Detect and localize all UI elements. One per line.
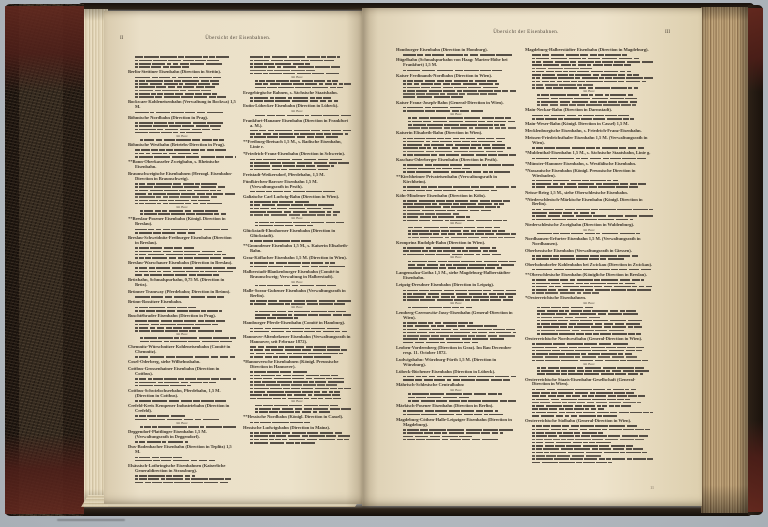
im-bau-label: Im Bau: <box>243 281 351 284</box>
railway-entry: Niederschlesische Zweigbahn (Direction i… <box>525 223 653 235</box>
text-line <box>128 253 236 255</box>
railway-entry: Mecklenburgische Eisenbahn, s. Friedrich… <box>525 129 653 134</box>
text-line <box>243 211 351 213</box>
entry-title: Breslau-Schweidnitz-Freiburger Eisenbahn… <box>128 236 236 246</box>
text-line <box>396 83 516 85</box>
left-page: II Übersicht der Eisenbahnen. Berlin-Ste… <box>104 11 362 504</box>
book-cover-right <box>748 5 763 515</box>
railway-entry: Neisse-Brieg 1,5 M., siehe Oberschlesisc… <box>525 191 653 196</box>
text-line <box>396 379 516 381</box>
text-line <box>525 405 653 407</box>
railway-entry: *Hannoversche Eisenbahnen (Königl. Preus… <box>243 360 351 413</box>
railway-entry: Lemberg-Czernowitz-Jassy-Eisenbahn (Gene… <box>396 311 516 344</box>
entry-title: Hannover-Altenbekener Eisenbahn (Verwalt… <box>243 335 351 345</box>
entry-title: **Freiburg-Breisach 1,5 M., s. Badische … <box>243 140 351 150</box>
text-line <box>128 475 236 477</box>
railway-entry: Glückstadt-Elmshorner Eisenbahn (Directi… <box>243 229 351 242</box>
railway-entry: Oesterreichische Staats-Eisenbahn-Gesell… <box>525 378 653 417</box>
entry-title: Nordhausen-Erfurter Eisenbahn 1,5 M. (Ve… <box>525 237 653 247</box>
text-line <box>525 292 653 294</box>
railway-entry: **Freiburg-Breisach 1,5 M., s. Badische … <box>243 140 351 150</box>
right-running-title: Übersicht der Eisenbahnen. <box>396 30 656 36</box>
text-line <box>396 93 516 95</box>
text-line <box>396 233 516 235</box>
entry-title: Dux-Bodenbacher Eisenbahn (Direction in … <box>128 445 236 455</box>
entry-title: Elsässisch-Lothringische Eisenbahnen (Ka… <box>128 464 236 474</box>
im-bau-label: Im Bau: <box>396 389 516 392</box>
text-line <box>243 381 351 383</box>
text-line <box>525 74 653 76</box>
text-line <box>128 122 236 124</box>
im-bau-label: Im Bau: <box>525 90 653 93</box>
text-line <box>128 139 236 141</box>
text-line <box>243 356 351 358</box>
text-line <box>128 415 236 417</box>
text-line <box>525 388 653 390</box>
entry-title: *Nassauische Eisenbahn (Königl. Preussis… <box>525 169 653 179</box>
text-line <box>525 367 653 369</box>
text-line <box>243 224 351 226</box>
text-line <box>128 481 236 483</box>
text-line <box>525 289 653 291</box>
text-line <box>128 426 236 428</box>
text-line <box>243 330 351 332</box>
text-line <box>525 370 653 372</box>
text-line <box>243 207 351 209</box>
text-line <box>128 193 236 195</box>
text-line <box>243 165 351 167</box>
text-line <box>396 106 516 108</box>
text-line <box>396 429 516 431</box>
text-line <box>243 317 351 319</box>
entry-title: Cottbus-Schwielochseebahn, Pferdebahn, 1… <box>128 389 236 399</box>
text-line <box>525 215 653 217</box>
railway-entry: Deggendorf-Plattlinger Eisenbahn 1,5 M. … <box>128 430 236 443</box>
text-line <box>396 289 516 291</box>
printer-signature: 11 <box>650 485 654 490</box>
entry-title: Homburger Eisenbahn (Direction in Hombur… <box>396 48 516 53</box>
right-page-number: III <box>665 30 670 36</box>
text-line <box>396 293 516 295</box>
text-line <box>525 101 653 103</box>
railway-entry: Breslau-Schweidnitz-Freiburger Eisenbahn… <box>128 236 236 259</box>
railway-entry: Lübeck-Büchener Eisenbahn (Direction in … <box>396 370 516 382</box>
text-line <box>128 63 236 65</box>
text-line <box>525 282 653 284</box>
text-line <box>525 208 653 210</box>
text-line <box>525 310 653 312</box>
text-line <box>243 349 351 351</box>
text-line <box>243 66 351 68</box>
text-line <box>525 395 653 397</box>
text-line <box>128 327 236 329</box>
railway-entry: Kaiserin Elisabeth-Bahn (Direction in Wi… <box>396 131 516 156</box>
entry-title: Kaiser Ferdinands-Nordbahn (Direction in… <box>396 74 516 79</box>
entry-title: Leipzig-Dresdner Eisenbahn (Direction in… <box>396 283 516 288</box>
text-line <box>243 97 351 99</box>
railway-entry: Oesterreichische Nordwestbahn (General-D… <box>525 337 653 375</box>
text-line <box>128 96 236 98</box>
text-line <box>128 196 236 198</box>
railway-entry: Hessische Ludwigsbahn (Direction in Main… <box>243 426 351 444</box>
text-line <box>243 204 351 206</box>
text-line <box>128 296 236 298</box>
text-line <box>396 117 516 119</box>
entry-title: Frankfurt-Hanauer Eisenbahn (Direction i… <box>243 119 351 129</box>
text-line <box>525 313 653 315</box>
text-line <box>396 328 516 330</box>
text-column: Im Bau:Erzgebirgische Bahnen, s. Sächsis… <box>243 56 351 484</box>
text-line <box>525 255 653 257</box>
text-line <box>243 158 351 160</box>
entry-title: Kaiserin Elisabeth-Bahn (Direction in Wi… <box>396 131 516 136</box>
text-line <box>525 323 653 325</box>
text-line <box>128 478 236 480</box>
text-line <box>128 152 236 154</box>
text-line <box>243 168 351 170</box>
railway-entry: Märkisch-Posener Eisenbahn (Direction in… <box>396 404 516 416</box>
entry-title: Bockwaer Kohleneisenbahn (Verwaltung in … <box>128 100 236 110</box>
text-line <box>243 394 351 396</box>
text-line <box>525 346 653 348</box>
text-line <box>128 56 236 58</box>
text-line <box>396 435 516 437</box>
text-line <box>128 320 236 322</box>
railway-entry: *Niederschlesisch-Märkische Eisenbahn (K… <box>525 198 653 221</box>
im-bau-label: Im Bau: <box>525 363 653 366</box>
text-line <box>396 400 516 402</box>
railway-entry: Magdeburg-Halberstädter Eisenbahn (Direc… <box>525 48 653 106</box>
text-line <box>396 206 516 208</box>
railway-entry: Kaschau-Oderberger Eisenbahn (Direction … <box>396 158 516 173</box>
entry-title: Buschtěhrader Eisenbahn (Direction in Pr… <box>128 314 236 319</box>
railway-entry: Main-Weser-Bahn (Königl. Direction in Ca… <box>525 122 653 127</box>
text-line <box>396 213 516 215</box>
text-line <box>243 371 351 373</box>
text-line <box>128 306 236 308</box>
railway-entry: Frankfurt-Hanauer Eisenbahn (Direction i… <box>243 119 351 139</box>
text-line <box>396 154 516 156</box>
text-line <box>243 56 351 58</box>
text-line <box>525 425 653 427</box>
im-bau-label: Im Bau: <box>243 110 351 113</box>
text-line <box>396 247 516 249</box>
entry-title: Oesterreichische Südbahn (General-Direct… <box>525 419 653 424</box>
entry-title: Neisse-Brieg 1,5 M., siehe Oberschlesisc… <box>525 191 653 196</box>
text-line <box>128 456 236 458</box>
leather-corner-top-right <box>748 8 763 92</box>
text-line <box>396 96 516 98</box>
text-line <box>396 375 516 377</box>
text-line <box>128 89 236 91</box>
text-line <box>396 250 516 252</box>
text-line <box>243 411 351 413</box>
text-line <box>128 310 236 312</box>
text-column: Homburger Eisenbahn (Direction in Hombur… <box>396 46 516 488</box>
text-line <box>128 213 236 215</box>
book-cover-left <box>5 4 84 516</box>
text-line <box>525 54 653 56</box>
text-line <box>525 114 653 116</box>
text-line <box>243 300 351 302</box>
text-line <box>396 267 516 269</box>
railway-entry: Oberhessische Eisenbahn (Verwaltungsrath… <box>525 249 653 261</box>
text-line <box>525 319 653 321</box>
text-line <box>243 59 351 61</box>
text-line <box>525 455 653 457</box>
railway-entry: *Nassauische Eisenbahn (Königl. Preussis… <box>525 169 653 189</box>
railway-entry: Buschtěhrader Eisenbahn (Direction in Pr… <box>128 314 236 343</box>
text-line <box>525 411 653 413</box>
railway-entry: Chemnitz-Würschnitzer Kohleneisenbahn (C… <box>128 345 236 358</box>
entry-title: *Friedrich-Franz-Eisenbahn (Direction in… <box>243 152 351 157</box>
text-line <box>525 118 653 120</box>
text-line <box>128 228 236 230</box>
text-line <box>525 441 653 443</box>
book-gutter-shadow <box>346 8 378 508</box>
text-line <box>396 186 516 188</box>
text-line <box>243 404 351 406</box>
text-line <box>396 200 516 202</box>
entry-title: Ludwigsbahn: Würzburg-Fürth 1,5 M. (Dire… <box>396 358 516 368</box>
entry-title: Braunschweigische Eisenbahnen (Herzogl. … <box>128 172 236 182</box>
right-page-columns: Homburger Eisenbahn (Direction in Hombur… <box>396 46 658 488</box>
text-line <box>243 86 351 88</box>
text-line <box>396 86 516 88</box>
text-line <box>525 353 653 355</box>
text-line <box>525 428 653 430</box>
im-bau-label: Im Bau: <box>128 135 236 138</box>
railway-entry: Ludwigsbahn: Würzburg-Fürth 1,5 M. (Dire… <box>396 358 516 368</box>
railway-entry: Halle-Sorau-Gubener Eisenbahn (Verwaltun… <box>243 289 351 319</box>
entry-title: Magdeburg-Halberstädter Eisenbahn (Direc… <box>525 48 653 53</box>
railway-entry: *Oesterreichische Eisenbahnen.Im Bau: <box>525 296 653 334</box>
entry-title: **Breslau-Posener Eisenbahn (Königl. Dir… <box>128 217 236 227</box>
text-line <box>525 80 653 82</box>
railway-entry: Mährisch-Schlesische Centralbahn:Im Bau: <box>396 383 516 402</box>
text-line <box>243 69 351 71</box>
text-line <box>525 461 653 463</box>
text-line <box>396 413 516 415</box>
text-line <box>396 396 516 398</box>
entry-title: Böhmische Nordbahn (Direction in Prag). <box>128 116 236 121</box>
text-line <box>243 408 351 410</box>
entry-title: Hügelbahn (Schmalspurbahn von Haag: Mari… <box>396 58 516 68</box>
im-bau-label: Im Bau: <box>128 206 236 209</box>
entry-title: Erzgebirgische Bahnen, s. Sächsische Sta… <box>243 91 351 96</box>
entry-title: *Hannoversche Eisenbahnen (Königl. Preus… <box>243 360 351 370</box>
railway-entry: Brünner Tramway (Pferdebahn; Direction i… <box>128 290 236 298</box>
text-line <box>128 340 236 342</box>
text-line <box>525 67 653 69</box>
railway-entry: Brünn-Rossitzer Eisenbahn. <box>128 300 236 312</box>
text-line <box>396 137 516 139</box>
text-line <box>128 156 236 158</box>
entry-title: Fünfkirchen-Barcser Eisenbahn 1,5 M. (Ve… <box>243 180 351 190</box>
railway-entry: Hamburger Pferde-Eisenbahn (Comité in Ha… <box>243 321 351 333</box>
entry-title: Lemberg-Czernowitz-Jassy-Eisenbahn (Gene… <box>396 311 516 321</box>
text-line <box>128 232 236 234</box>
text-line <box>396 147 516 149</box>
left-running-title: Übersicht der Eisenbahnen. <box>128 36 348 42</box>
railway-entry: Kronprinz Rudolph-Bahn (Direction in Wie… <box>396 241 516 270</box>
railway-entry: Leipzig-Dresdner Eisenbahn (Direction in… <box>396 283 516 308</box>
im-bau-label: Im Bau: <box>396 302 516 305</box>
entry-title: Cosel-Oderberg, siehe Wilhelmsbahn. <box>128 360 236 365</box>
entry-title: Magdeburg-Cöthen-Halle-Leipziger Eisenba… <box>396 418 516 428</box>
railway-entry: Graz-Köflacher Eisenbahn 1,5 M. (Directi… <box>243 256 351 268</box>
text-line <box>128 93 236 95</box>
text-line <box>525 356 653 358</box>
text-line <box>243 136 351 138</box>
text-line <box>525 183 653 185</box>
photo-caption-smudge <box>57 519 125 521</box>
railway-entry: Halberstadt-Blankenburger Eisenbahn (Com… <box>243 270 351 287</box>
im-bau-label: Im Bau: <box>396 256 516 259</box>
entry-title: Märkisch-Posener Eisenbahn (Direction in… <box>396 404 516 409</box>
text-line <box>243 80 351 82</box>
text-line <box>243 240 351 242</box>
railway-entry: **Bonn-Oberkasseler Zweigbahn, s. Rheini… <box>128 160 236 170</box>
railway-entry: Bockwaer Kohleneisenbahn (Verwaltung in … <box>128 100 236 113</box>
entry-title: Main-Neckar-Bahn (Direction in Darmstadt… <box>525 108 653 113</box>
entry-title: Oberhohndorfer Kohlenbahn bei Zwickau (D… <box>525 263 653 268</box>
railway-entry: Oesterreichische Südbahn (General-Direct… <box>525 419 653 463</box>
entry-title: **Gmundener Eisenbahn 1,5 M., s. Kaiseri… <box>243 244 351 254</box>
text-line <box>243 100 351 102</box>
entry-title: Böhmische Westbahn (Betriebs-Direction i… <box>128 143 236 148</box>
text-line <box>128 270 236 272</box>
railway-entry: Meissen-Friedrichsthaler Eisenbahn 1,5 M… <box>525 136 653 149</box>
railway-entry: **Hessische Nordbahn (Königl. Direction … <box>243 415 351 423</box>
text-line <box>243 83 351 85</box>
im-bau-label: Im Bau: <box>243 217 351 220</box>
railway-entry: Magdeburg-Cöthen-Halle-Leipziger Eisenba… <box>396 418 516 441</box>
text-line <box>525 84 653 86</box>
text-line <box>525 70 653 72</box>
text-line <box>243 114 351 116</box>
entry-title: Berlin-Stettiner Eisenbahn (Direction in… <box>128 70 236 75</box>
text-line <box>243 374 351 376</box>
text-line <box>525 451 653 453</box>
text-line <box>243 201 351 203</box>
text-line <box>243 352 351 354</box>
railway-entry: Kaiser Franz-Joseph-Bahn (General-Direct… <box>396 101 516 130</box>
text-line <box>243 327 351 329</box>
text-line <box>128 441 236 443</box>
railway-entry: Berlin-Stettiner Eisenbahn (Direction in… <box>128 70 236 98</box>
text-line <box>128 149 236 151</box>
text-line <box>525 218 653 220</box>
railway-entry: Homburger Eisenbahn (Direction in Hombur… <box>396 48 516 56</box>
text-line <box>396 410 516 412</box>
entry-title: Langensalza-Gotha 1,5 M., siehe Magdebur… <box>396 271 516 281</box>
text-line <box>128 76 236 78</box>
text-line <box>525 180 653 182</box>
text-line <box>243 284 351 286</box>
text-line <box>525 326 653 328</box>
entry-title: Meissen-Friedrichsthaler Eisenbahn 1,5 M… <box>525 136 653 146</box>
text-line <box>243 162 351 164</box>
left-page-columns: Berlin-Stettiner Eisenbahn (Direction in… <box>128 56 352 484</box>
entry-title: Kaschau-Oderberger Eisenbahn (Direction … <box>396 158 516 163</box>
entry-title: Crefeld-Kreis Kempener Industriebahn (Di… <box>128 404 236 414</box>
text-line <box>525 445 653 447</box>
railway-entry: Cosel-Oderberg, siehe Wilhelmsbahn. <box>128 360 236 365</box>
railway-entry: Hügelbahn (Schmalspurbahn von Haag: Mari… <box>396 58 516 71</box>
text-line <box>525 333 653 335</box>
text-line <box>525 61 653 63</box>
text-line <box>525 306 653 308</box>
text-line <box>396 335 516 337</box>
text-line <box>396 140 516 142</box>
text-line <box>243 438 351 440</box>
text-line <box>396 438 516 440</box>
railway-entry: *Muldenthal-Eisenbahn 1,5 M., s. Sächsis… <box>525 151 653 159</box>
entry-title: Oesterreichische Staats-Eisenbahn-Gesell… <box>525 378 653 388</box>
text-line <box>396 209 516 211</box>
text-line <box>396 120 516 122</box>
im-bau-label: Im Bau: <box>128 333 236 336</box>
text-line <box>396 216 516 218</box>
text-line <box>396 90 516 92</box>
text-line <box>396 393 516 395</box>
text-line <box>396 230 516 232</box>
book-scan: II Übersicht der Eisenbahnen. Berlin-Ste… <box>0 0 768 527</box>
railway-entry: **Kirchheimer Privateisenbahn (Verwaltun… <box>396 175 516 191</box>
entry-title: Lübeck-Büchener Eisenbahn (Direction in … <box>396 370 516 375</box>
text-line <box>525 373 653 375</box>
entry-title: Deggendorf-Plattlinger Eisenbahn 1,5 M. … <box>128 430 236 440</box>
text-line <box>396 306 516 308</box>
text-line <box>396 236 516 238</box>
entry-title: **Oberschlesische Eisenbahn (Königliche … <box>525 273 653 278</box>
entry-title: Cottbus-Grossenhainer Eisenbahn (Directi… <box>128 367 236 377</box>
im-bau-label: Im Bau: <box>396 222 516 225</box>
text-line <box>128 384 236 386</box>
text-line <box>525 279 653 281</box>
railway-entry: Oberhohndorfer Kohlenbahn bei Zwickau (D… <box>525 263 653 271</box>
railway-entry: Hannover-Altenbekener Eisenbahn (Verwalt… <box>243 335 351 358</box>
railway-entry: Böhmische Nordbahn (Direction in Prag).I… <box>128 116 236 141</box>
railway-entry: Freistadt-Weikersdorf, Pferdebahn, 1,5 M… <box>243 173 351 178</box>
text-line <box>243 314 351 316</box>
entry-title: Brünner Tramway (Pferdebahn; Direction i… <box>128 290 236 295</box>
railway-entry: Dux-Bodenbacher Eisenbahn (Direction in … <box>128 445 236 461</box>
railway-entry: Cottbus-Grossenhainer Eisenbahn (Directi… <box>128 367 236 387</box>
entry-title: Oberhessische Eisenbahn (Verwaltungsrath… <box>525 249 653 254</box>
im-bau-label: Im Bau: <box>396 113 516 116</box>
entry-title: Leoben-Vordernberg (Direction in Graz). … <box>396 346 516 356</box>
entry-title: Graz-Köflacher Eisenbahn 1,5 M. (Directi… <box>243 256 351 261</box>
text-line <box>525 402 653 404</box>
railway-entry: Breslau-Warschauer Eisenbahn (Direction … <box>128 261 236 276</box>
entry-title: Main-Weser-Bahn (Königl. Direction in Ca… <box>525 122 653 127</box>
text-line <box>396 189 516 191</box>
text-line <box>396 331 516 333</box>
text-line <box>396 341 516 343</box>
text-line <box>128 183 236 185</box>
railway-entry: Erzgebirgische Bahnen, s. Sächsische Sta… <box>243 91 351 103</box>
text-line <box>396 260 516 262</box>
railway-entry: Leoben-Vordernberg (Direction in Graz). … <box>396 346 516 356</box>
railway-entry: Böhmische Westbahn (Betriebs-Direction i… <box>128 143 236 158</box>
text-line <box>396 150 516 152</box>
text-column: Berlin-Stettiner Eisenbahn (Direction in… <box>128 56 236 484</box>
railway-entry: Köln-Mindener Eisenbahn (Direction in Kö… <box>396 194 516 239</box>
text-line <box>128 400 236 402</box>
entry-title: Halberstadt-Blankenburger Eisenbahn (Com… <box>243 270 351 280</box>
